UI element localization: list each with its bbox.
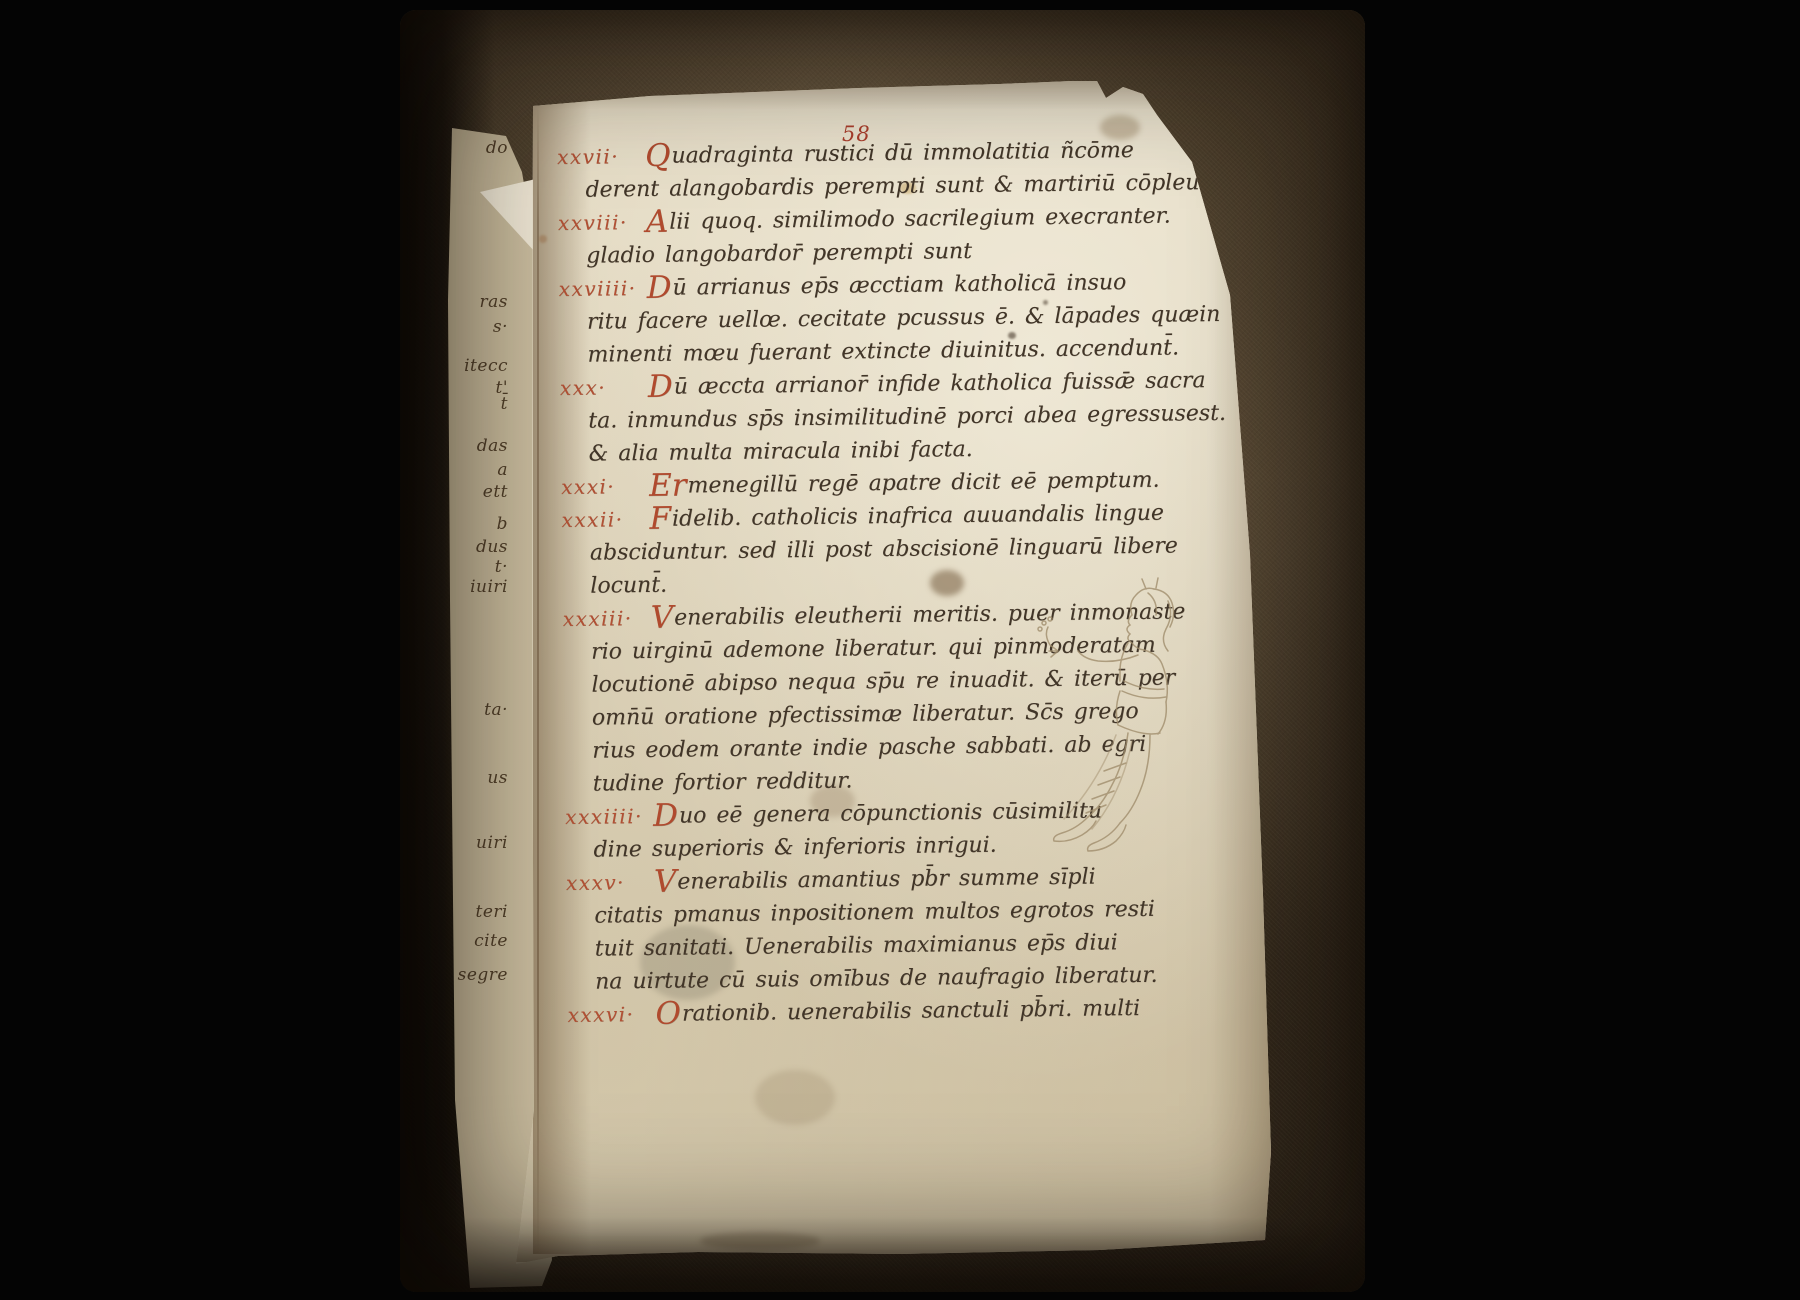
line-text: tudine fortior redditur. <box>593 768 853 796</box>
chapter-numeral: xxviiii· <box>559 276 647 301</box>
line-text: ta. inmundus sp̄s insimilitudinē porci a… <box>588 401 1226 434</box>
line-text: na uirtute cū suis omībus de naufragio l… <box>595 963 1158 995</box>
chapter-numeral: xxxvi· <box>567 1002 655 1027</box>
chapter-numeral: xxx· <box>560 375 648 400</box>
line-text: ritu facere uellœ. cecitate pcussus ē. &… <box>587 302 1221 335</box>
rubric-initial: D <box>646 270 671 306</box>
manuscript-line: xxxi·Ermenegillū regē apatre dicit eē pe… <box>561 468 1160 500</box>
rubric-initial: D <box>648 369 673 405</box>
manuscript-line: na uirtute cū suis omībus de naufragio l… <box>567 963 1158 995</box>
chapter-numeral: xxxii· <box>561 507 649 532</box>
facing-page-fragment: do <box>448 138 508 158</box>
facing-page-fragment: ras <box>448 292 508 312</box>
manuscript-line: gladio langobardor̄ perempti sunt <box>558 239 972 269</box>
chapter-numeral: xxviii· <box>558 210 646 235</box>
chapter-numeral: xxvii· <box>557 144 645 169</box>
rubric-initial: V <box>654 864 677 900</box>
facing-page-fragment: ett <box>448 482 508 502</box>
facing-page-fragment: b <box>448 514 508 534</box>
line-text: gladio langobardor̄ perempti sunt <box>586 239 972 269</box>
chapter-numeral: xxxiii· <box>563 606 651 631</box>
line-text: menegillū regē apatre dicit eē pemptum. <box>687 468 1159 499</box>
line-text: absciduntur. sed illi post abscisionē li… <box>590 533 1178 565</box>
manuscript-line: xxxii·Fidelib. catholicis inafrica auuan… <box>561 501 1164 533</box>
facing-page-fragment: uiri <box>448 833 508 853</box>
marginal-figure-sketch <box>1020 575 1210 875</box>
line-text: ū arrianus ep̄s æcctiam katholicā insuo <box>672 270 1126 301</box>
rubric-initial: Q <box>645 138 671 174</box>
facing-page-fragment: das <box>448 436 508 456</box>
line-text: dine superioris & inferioris inrigui. <box>593 833 996 863</box>
facing-page-fragment: iuiri <box>448 577 508 597</box>
manuscript-line: xxxvi·Orationib. uenerabilis sanctuli pb… <box>567 996 1140 1028</box>
rubric-initial: O <box>655 996 681 1032</box>
manuscript-line: derent alangobardis perempti sunt & mart… <box>557 170 1230 203</box>
line-text: ū æccta arrianor̄ infide katholica fuiss… <box>674 368 1206 399</box>
line-text: minenti mœu fuerant extincte diuinitus. … <box>587 335 1179 367</box>
facing-page-fragment: itecc <box>448 356 508 376</box>
manuscript-line: locunt̄. <box>562 573 667 599</box>
rubric-initial: A <box>646 204 669 240</box>
line-text: tuit sanitati. Uenerabilis maximianus ep… <box>595 930 1118 961</box>
manuscript-line: dine superioris & inferioris inrigui. <box>565 833 996 863</box>
rubric-initial: D <box>653 798 678 834</box>
facing-page-fragment: t· <box>448 557 508 577</box>
manuscript-line: xxxv·Venerabilis amantius pb̄r summe sīp… <box>566 865 1096 896</box>
facing-page-fragment: segre <box>448 965 508 985</box>
manuscript-line: xxviii·Alii quoq. similimodo sacrilegium… <box>558 204 1171 236</box>
facing-page-fragment: s· <box>448 317 508 337</box>
line-text: derent alangobardis perempti sunt & mart… <box>585 170 1230 203</box>
line-text: rationib. uenerabilis sanctuli pb̄ri. mu… <box>682 996 1140 1027</box>
facing-page-fragment: cite <box>448 931 508 951</box>
chapter-numeral: xxxi· <box>561 474 649 499</box>
manuscript-line: ritu facere uellœ. cecitate pcussus ē. &… <box>559 302 1221 335</box>
manuscript-line: xxviiii·Dū arrianus ep̄s æcctiam katholi… <box>559 270 1127 302</box>
manuscript-line: xxvii·Quadraginta rustici dū immolatitia… <box>557 138 1134 170</box>
rubric-initial: V <box>651 600 674 636</box>
manuscript-line: absciduntur. sed illi post abscisionē li… <box>562 533 1178 566</box>
manuscript-line: tudine fortior redditur. <box>565 768 853 797</box>
line-text: uadraginta rustici dū immolatitia ñcōme <box>671 138 1134 169</box>
rubric-initial: F <box>649 501 671 537</box>
manuscript-photo: dorass·itecct't̄dasaettbdust·iuirita·usu… <box>400 10 1365 1292</box>
line-text: & alia multa miracula inibi facta. <box>589 437 973 467</box>
line-text: citatis pmanus inpositionem multos egrot… <box>594 897 1155 929</box>
line-text: idelib. catholicis inafrica auuandalis l… <box>672 501 1164 532</box>
manuscript-line: ta. inmundus sp̄s insimilitudinē porci a… <box>560 401 1226 434</box>
manuscript-line: & alia multa miracula inibi facta. <box>561 437 973 467</box>
manuscript-line: minenti mœu fuerant extincte diuinitus. … <box>559 335 1179 368</box>
chapter-numeral: xxxiiii· <box>565 804 653 829</box>
facing-page-fragment: teri <box>448 902 508 922</box>
facing-page-fragment: ta· <box>448 700 508 720</box>
facing-page-fragment: a <box>448 460 508 480</box>
line-text: lii quoq. similimodo sacrilegium execran… <box>669 204 1171 235</box>
manuscript-line: citatis pmanus inpositionem multos egrot… <box>566 897 1155 929</box>
line-text: locunt̄. <box>590 573 667 599</box>
chapter-numeral: xxxv· <box>566 870 654 895</box>
manuscript-line: xxx·Dū æccta arrianor̄ infide katholica … <box>560 368 1206 401</box>
manuscript-line: tuit sanitati. Uenerabilis maximianus ep… <box>567 930 1118 962</box>
facing-page-fragment: t̄ <box>448 394 508 414</box>
facing-page-fragment: us <box>448 768 508 788</box>
facing-page-fragment: dus <box>448 537 508 557</box>
rubric-initial: Er <box>649 467 687 503</box>
